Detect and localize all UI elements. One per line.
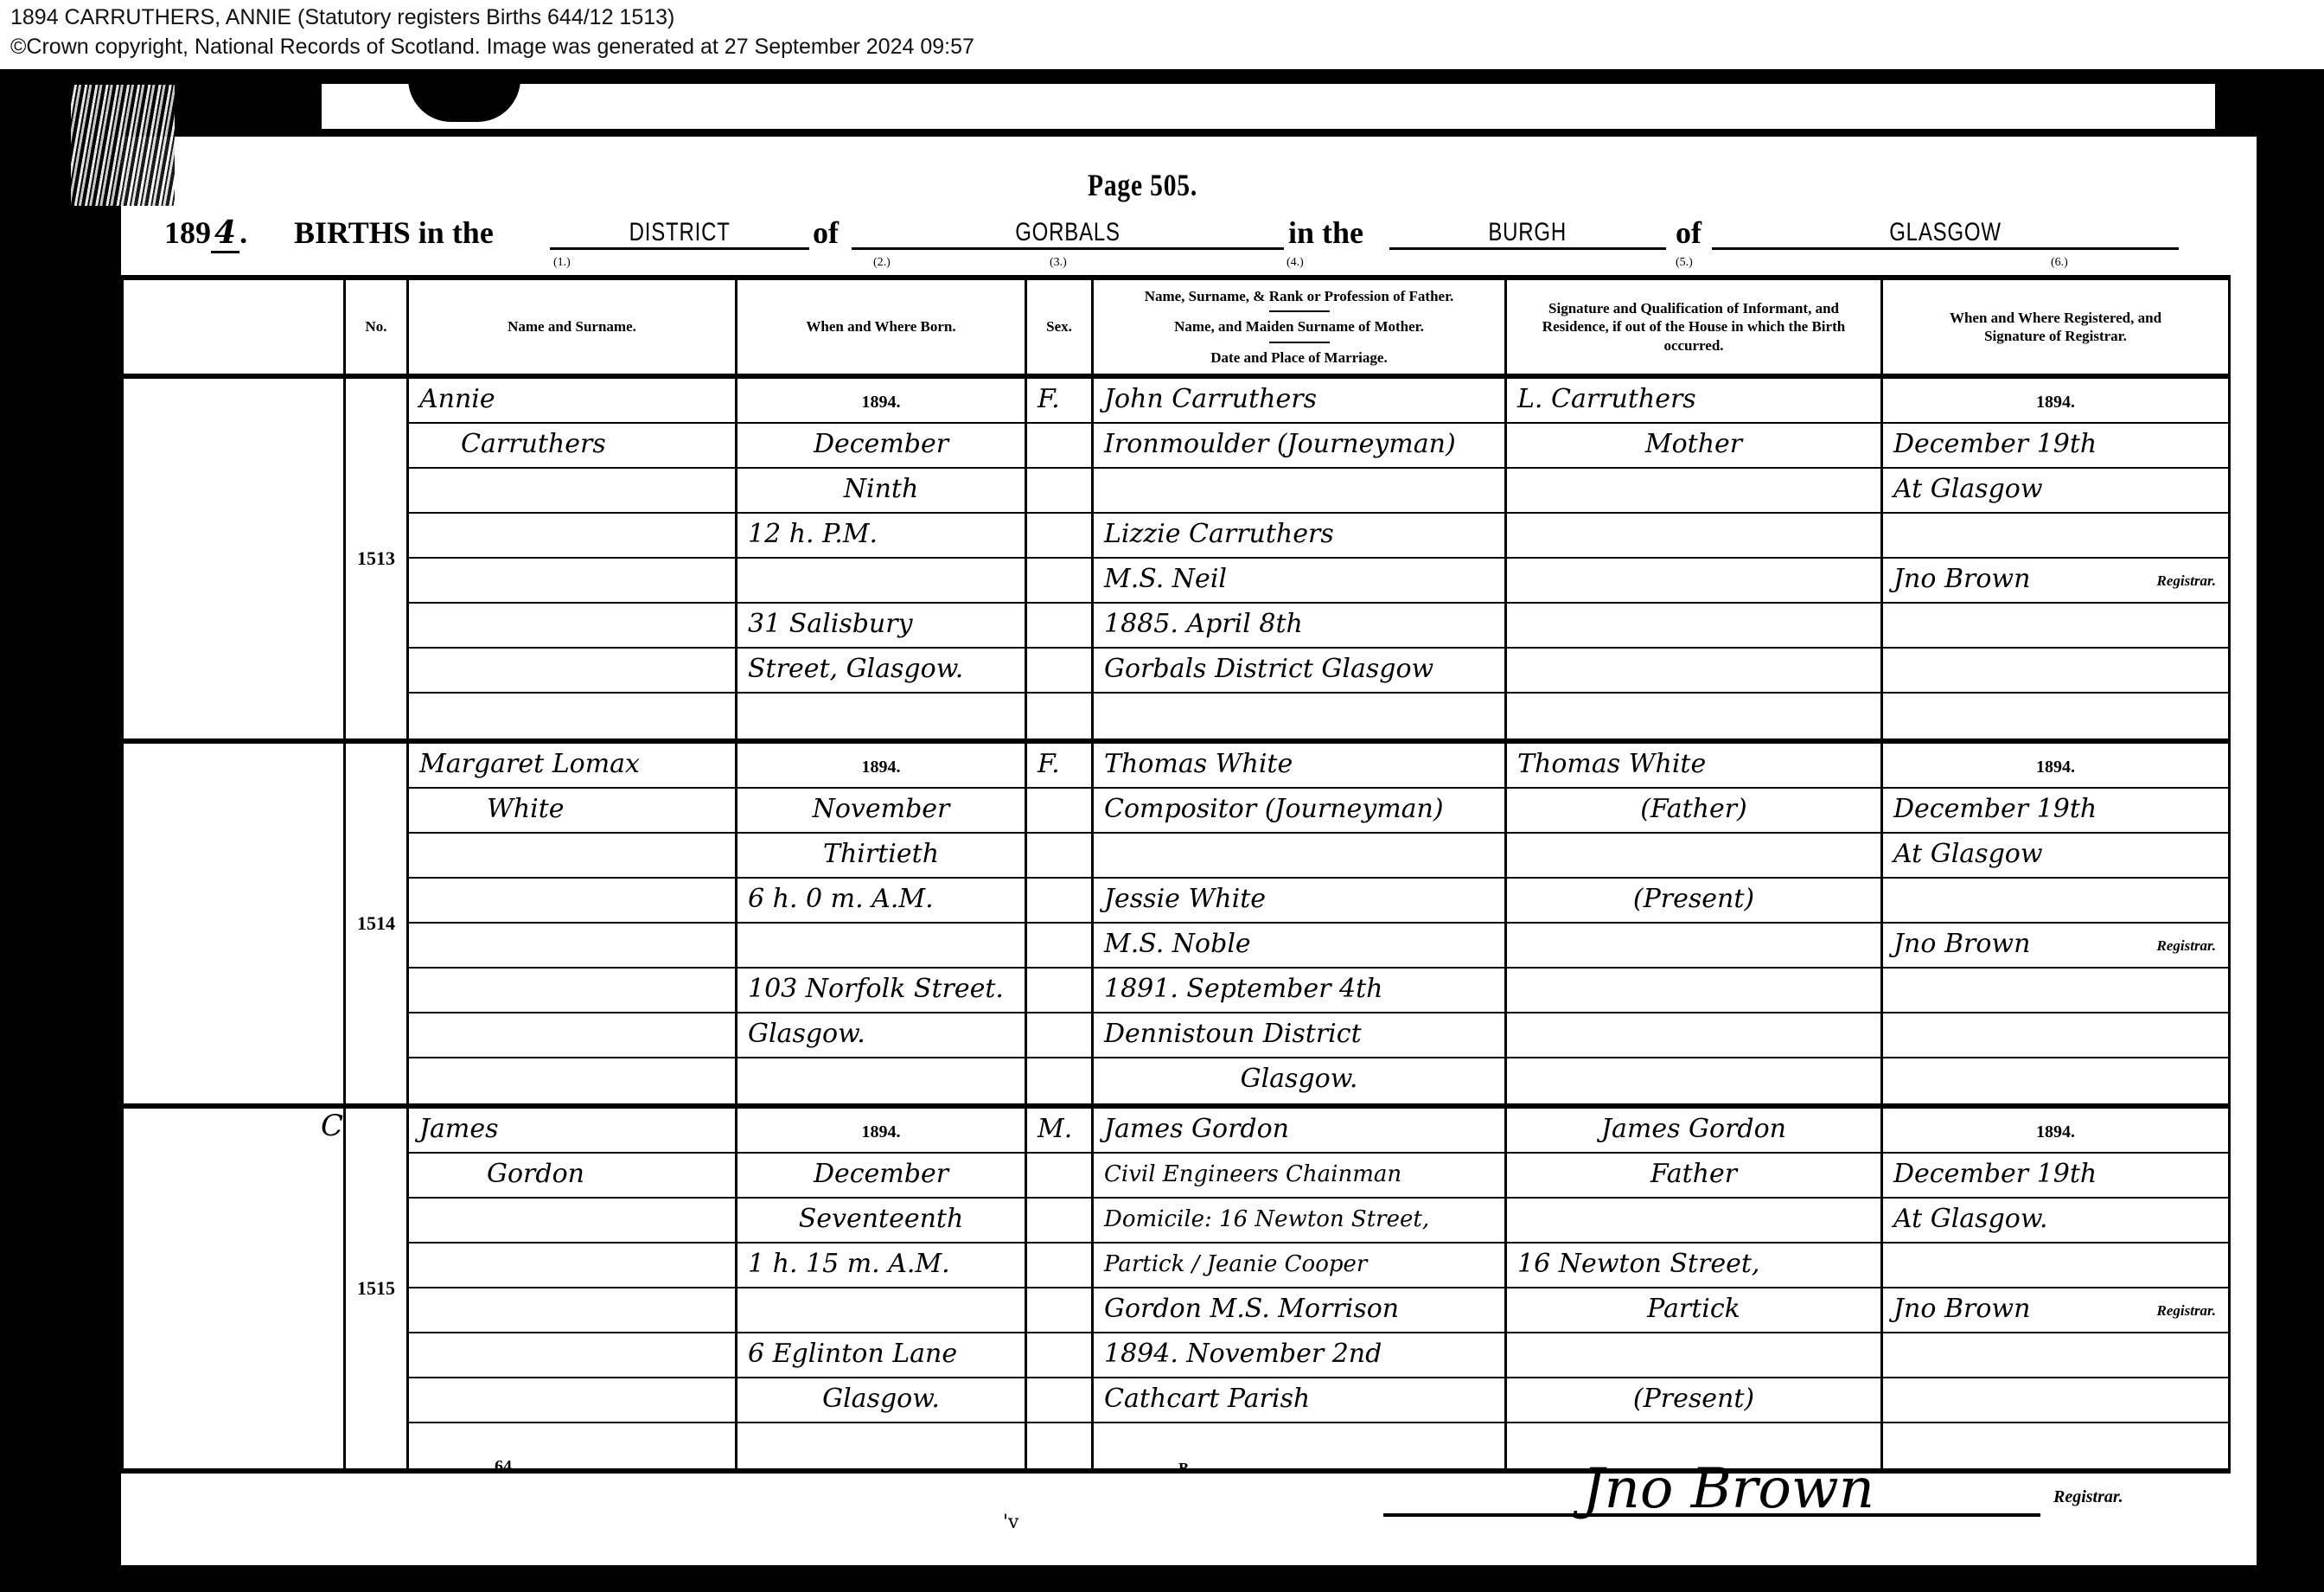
registration-place: At Glasgow xyxy=(1883,834,2228,879)
header-mother: Name, and Maiden Surname of Mother. xyxy=(1094,317,1504,336)
registered-cell: 1894. December 19th At Glasgow Jno Brown… xyxy=(1882,741,2230,1106)
header-when-where-born: When and Where Born. xyxy=(737,278,1026,376)
informant-signature: James Gordon xyxy=(1507,1109,1880,1154)
father-name: Thomas White xyxy=(1094,744,1504,789)
table-row: 1513 Annie Carruthers 1894. December Nin… xyxy=(123,376,2230,741)
child-surname: White xyxy=(409,789,735,834)
header-name: Name and Surname. xyxy=(408,278,737,376)
birth-time: 6 h. 0 m. A.M. xyxy=(737,879,1025,924)
marriage-place: Gorbals District Glasgow xyxy=(1094,649,1504,694)
registrar-signature: Jno BrownRegistrar. xyxy=(1883,559,2228,604)
burgh-name-field: GLASGOW xyxy=(1712,218,2179,250)
margin-annotation xyxy=(123,376,345,741)
registrar-label: Registrar. xyxy=(2157,1290,2217,1332)
informant-cell: Thomas White (Father) (Present) xyxy=(1506,741,1882,1106)
birth-month: November xyxy=(737,789,1025,834)
child-forename: James xyxy=(409,1109,735,1154)
header-registered: When and Where Registered, and Signature… xyxy=(1882,278,2230,376)
sex-value: F. xyxy=(1027,744,1091,789)
registered-cell: 1894. December 19th At Glasgow. Jno Brow… xyxy=(1882,1106,2230,1471)
header-marriage: Date and Place of Marriage. xyxy=(1094,348,1504,367)
informant-presence: (Present) xyxy=(1507,1378,1880,1423)
registration-year: 1894. xyxy=(2036,1122,2075,1141)
previous-page-strip xyxy=(322,84,2215,129)
marriage-place-line2: Glasgow. xyxy=(1094,1058,1504,1103)
margin-annotation: C xyxy=(123,1106,345,1471)
informant-qualification: (Father) xyxy=(1507,789,1880,834)
child-forename: Annie xyxy=(409,379,735,424)
district-name-field: GORBALS xyxy=(852,218,1284,250)
register-year: 1894. xyxy=(164,214,247,253)
father-occupation: Compositor (Journeyman) xyxy=(1094,789,1504,834)
marriage-date: 1891. September 4th xyxy=(1094,969,1504,1013)
marriage-date: 1885. April 8th xyxy=(1094,604,1504,649)
mother-maiden-name: M.S. Neil xyxy=(1094,559,1504,604)
year-suffix: 4 xyxy=(211,214,239,253)
birth-address-line1: 6 Eglinton Lane xyxy=(737,1333,1025,1378)
column-number-1: (1.) xyxy=(553,256,571,270)
header-no: No. xyxy=(345,278,408,376)
father-domicile: Domicile: 16 Newton Street, xyxy=(1094,1199,1504,1244)
sex-cell: F. xyxy=(1026,376,1093,741)
registration-year: 1894. xyxy=(2036,393,2075,412)
heading-of-1: of xyxy=(813,214,839,253)
registrar-label: Registrar. xyxy=(2157,925,2217,967)
birth-year: 1894. xyxy=(862,1122,901,1141)
page-registrar-signature: Jno Brown xyxy=(1582,1461,1874,1517)
registration-year: 1894. xyxy=(2036,758,2075,777)
record-title: 1894 CARRUTHERS, ANNIE (Statutory regist… xyxy=(10,5,674,30)
registrar-label: Registrar. xyxy=(2157,560,2217,602)
birth-address-line1: 103 Norfolk Street. xyxy=(737,969,1025,1013)
informant-presence: (Present) xyxy=(1507,879,1880,924)
father-occupation: Ironmoulder (Journeyman) xyxy=(1094,424,1504,469)
heading-in-the: in the xyxy=(1288,214,1363,253)
informant-signature: Thomas White xyxy=(1507,744,1880,789)
parents-cell: Thomas White Compositor (Journeyman) Jes… xyxy=(1093,741,1506,1106)
birth-address-line1: 31 Salisbury xyxy=(737,604,1025,649)
registration-date: December 19th xyxy=(1883,424,2228,469)
informant-cell: James Gordon Father 16 Newton Street, Pa… xyxy=(1506,1106,1882,1471)
copyright-notice: ©Crown copyright, National Records of Sc… xyxy=(10,35,974,60)
birth-time: 1 h. 15 m. A.M. xyxy=(737,1244,1025,1288)
birth-address-line2: Glasgow. xyxy=(737,1013,1025,1058)
heading-of-2: of xyxy=(1676,214,1701,253)
district-type-field: DISTRICT xyxy=(550,218,809,250)
child-name-cell: Annie Carruthers xyxy=(408,376,737,741)
child-name-cell: Margaret Lomax White xyxy=(408,741,737,1106)
registration-place: At Glasgow xyxy=(1883,469,2228,514)
burgh-type-field: BURGH xyxy=(1389,218,1666,250)
entry-number: 1513 xyxy=(345,376,408,741)
birth-time: 12 h. P.M. xyxy=(737,514,1025,559)
marriage-place: Cathcart Parish xyxy=(1094,1378,1504,1423)
registrar-signature: Jno BrownRegistrar. xyxy=(1883,1288,2228,1333)
margin-annotation xyxy=(123,741,345,1106)
births-register-table: No. Name and Surname. When and Where Bor… xyxy=(121,275,2231,1474)
registration-place: At Glasgow. xyxy=(1883,1199,2228,1244)
binding-hole xyxy=(408,79,520,122)
header-sex: Sex. xyxy=(1026,278,1093,376)
registrar-signature: Jno BrownRegistrar. xyxy=(1883,924,2228,969)
heading-births-in-the: BIRTHS in the xyxy=(294,214,494,253)
column-number-6: (6.) xyxy=(2051,256,2068,270)
informant-qualification: Mother xyxy=(1507,424,1880,469)
when-where-born-cell: 1894. November Thirtieth 6 h. 0 m. A.M. … xyxy=(737,741,1026,1106)
column-number-4: (4.) xyxy=(1286,256,1304,270)
informant-signature: L. Carruthers xyxy=(1507,379,1880,424)
sex-value: M. xyxy=(1027,1109,1091,1154)
child-surname: Carruthers xyxy=(409,424,735,469)
father-occupation: Civil Engineers Chainman xyxy=(1094,1154,1504,1199)
sex-cell: M. xyxy=(1026,1106,1093,1471)
mother-name: Jessie White xyxy=(1094,879,1504,924)
registration-date: December 19th xyxy=(1883,789,2228,834)
birth-year: 1894. xyxy=(862,393,901,412)
margin-header xyxy=(123,278,345,376)
year-prefix: 189 xyxy=(164,215,211,250)
header-informant: Signature and Qualification of Informant… xyxy=(1506,278,1882,376)
informant-residence-line2: Partick xyxy=(1507,1288,1880,1333)
informant-qualification: Father xyxy=(1507,1154,1880,1199)
footer-letter-mark: B xyxy=(1178,1460,1189,1478)
entry-number: 1515 xyxy=(345,1106,408,1471)
child-forename: Margaret Lomax xyxy=(409,744,735,789)
mother-maiden-name: M.S. Noble xyxy=(1094,924,1504,969)
page-number: Page 505. xyxy=(1088,167,1197,203)
footer-page-mark: 64 xyxy=(495,1457,512,1477)
child-name-cell: James Gordon xyxy=(408,1106,737,1471)
birth-address-line2: Street, Glasgow. xyxy=(737,649,1025,694)
column-number-3: (3.) xyxy=(1050,256,1067,270)
mother-name: Lizzie Carruthers xyxy=(1094,514,1504,559)
page-registrar-label: Registrar. xyxy=(2053,1487,2123,1507)
birth-day: Thirtieth xyxy=(737,834,1025,879)
marriage-date: 1894. November 2nd xyxy=(1094,1333,1504,1378)
mother-maiden-name: Gordon M.S. Morrison xyxy=(1094,1288,1504,1333)
birth-year: 1894. xyxy=(862,758,901,777)
when-where-born-cell: 1894. December Seventeenth 1 h. 15 m. A.… xyxy=(737,1106,1026,1471)
header-parents: Name, Surname, & Rank or Profession of F… xyxy=(1093,278,1506,376)
father-name: James Gordon xyxy=(1094,1109,1504,1154)
torn-corner xyxy=(71,85,175,206)
table-row: 1514 Margaret Lomax White 1894. November… xyxy=(123,741,2230,1106)
birth-day: Seventeenth xyxy=(737,1199,1025,1244)
footer-tick-mark: 'v xyxy=(1003,1512,1018,1533)
sex-cell: F. xyxy=(1026,741,1093,1106)
birth-month: December xyxy=(737,1154,1025,1199)
table-header-row: No. Name and Surname. When and Where Bor… xyxy=(123,278,2230,376)
birth-address-line2: Glasgow. xyxy=(737,1378,1025,1423)
informant-residence-line1: 16 Newton Street, xyxy=(1507,1244,1880,1288)
informant-cell: L. Carruthers Mother xyxy=(1506,376,1882,741)
mother-name: Partick / Jeanie Cooper xyxy=(1094,1244,1504,1288)
registration-date: December 19th xyxy=(1883,1154,2228,1199)
column-number-5: (5.) xyxy=(1676,256,1693,270)
sex-value: F. xyxy=(1027,379,1091,424)
birth-month: December xyxy=(737,424,1025,469)
column-number-2: (2.) xyxy=(873,256,891,270)
parents-cell: James Gordon Civil Engineers Chainman Do… xyxy=(1093,1106,1506,1471)
child-surname: Gordon xyxy=(409,1154,735,1199)
birth-day: Ninth xyxy=(737,469,1025,514)
parents-cell: John Carruthers Ironmoulder (Journeyman)… xyxy=(1093,376,1506,741)
father-name: John Carruthers xyxy=(1094,379,1504,424)
entry-number: 1514 xyxy=(345,741,408,1106)
when-where-born-cell: 1894. December Ninth 12 h. P.M. 31 Salis… xyxy=(737,376,1026,741)
table-row: C 1515 James Gordon 1894. December Seven… xyxy=(123,1106,2230,1471)
marriage-place: Dennistoun District xyxy=(1094,1013,1504,1058)
header-father: Name, Surname, & Rank or Profession of F… xyxy=(1094,287,1504,305)
registered-cell: 1894. December 19th At Glasgow Jno Brown… xyxy=(1882,376,2230,741)
